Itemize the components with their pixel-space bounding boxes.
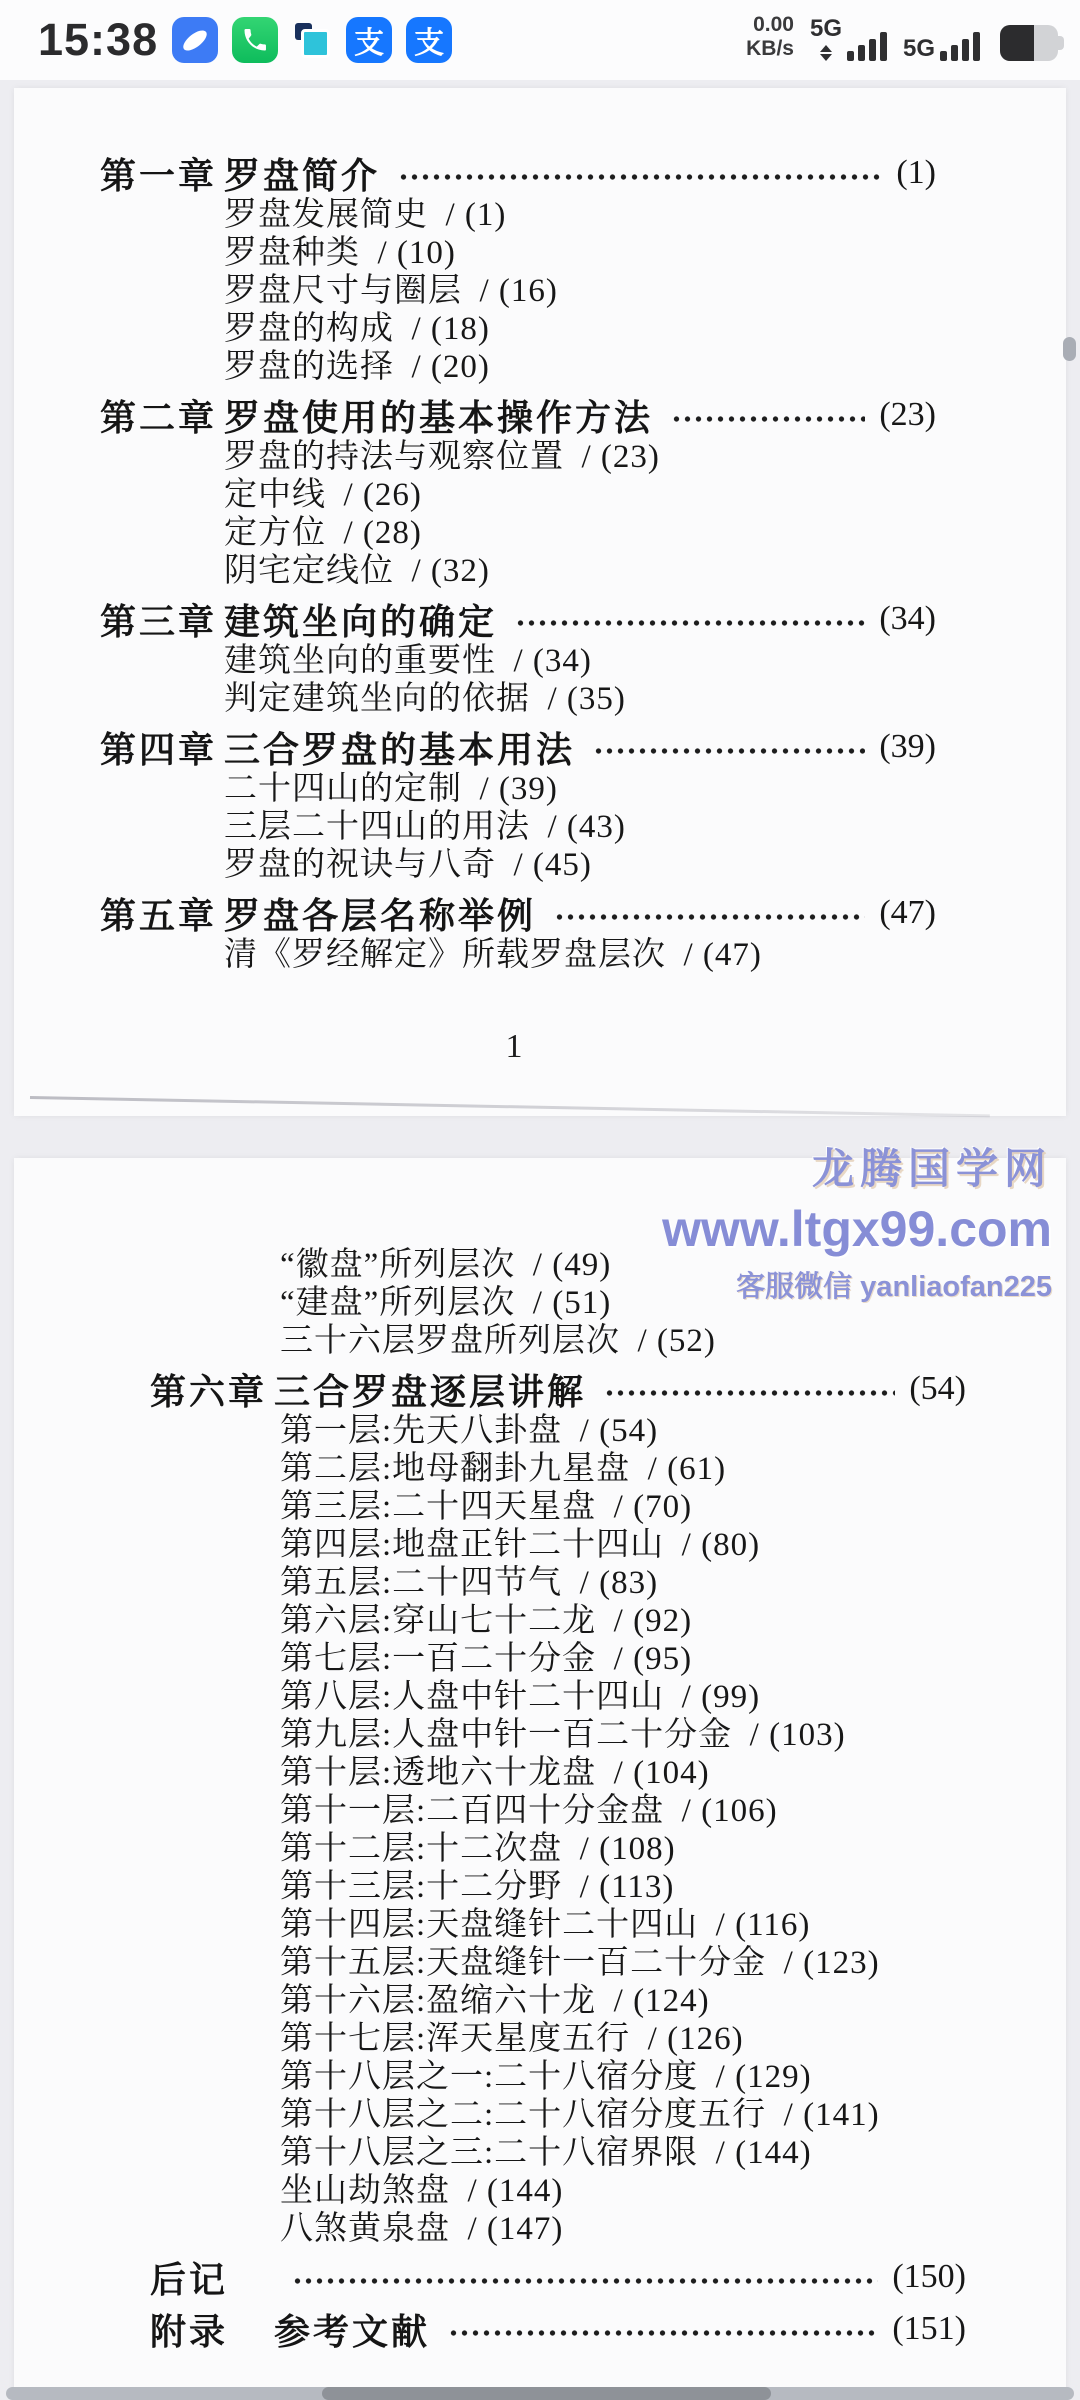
toc-chapter-row: 后记(150) [14,2254,1066,2300]
clock: 15:38 [38,14,158,66]
dot-leader [448,2306,878,2352]
progress-bar[interactable] [6,2387,1074,2400]
toc-section-item: 建筑坐向的重要性 / (34) [14,642,1066,680]
chapter-label: 第四章 [100,722,224,773]
toc-section-item: 八煞黄泉盘 / (147) [14,2210,1066,2248]
toc-section-item: 第十三层:十二分野 / (113) [14,1868,1066,1906]
toc-section-item: 第七层:一百二十分金 / (95) [14,1640,1066,1678]
toc-chapter-row: 第三章建筑坐向的确定(34) [14,596,1066,642]
status-bar-right: 0.00 KB/s 5G 5G [746,13,1080,67]
network-speed: 0.00 KB/s [746,13,794,61]
dot-leader [604,1366,895,1412]
toc-section-item: 第八层:人盘中针二十四山 / (99) [14,1678,1066,1716]
toc-chapter-row: 第六章三合罗盘逐层讲解(54) [14,1366,1066,1412]
toc-section-item: 第九层:人盘中针一百二十分金 / (103) [14,1716,1066,1754]
toc-section-item: 罗盘的持法与观察位置 / (23) [14,438,1066,476]
chapter-page-number: (47) [879,894,936,932]
toc-section-item: 判定建筑坐向的依据 / (35) [14,680,1066,718]
chapter-title: 参考文献 [274,2304,430,2355]
chapter-title: 罗盘简介 [224,148,380,199]
chapter-page-number: (54) [909,1370,966,1408]
toc-section-item: “建盘”所列层次 / (51) [14,1284,1066,1322]
toc-section-item: 坐山劫煞盘 / (144) [14,2172,1066,2210]
sim1-signal-bars-icon [847,31,887,61]
dot-leader [398,150,882,196]
status-bar-left: 15:38 支 支 [0,14,452,66]
chapter-label: 附录 [150,2304,274,2355]
dot-leader [515,596,865,642]
chapter-page-number: (1) [896,154,936,192]
sim1-network-type: 5G [810,17,842,41]
chapter-title: 建筑坐向的确定 [224,594,497,645]
toc-section-item: 第十八层之三:二十八宿界限 / (144) [14,2134,1066,2172]
toc-section-item: 三十六层罗盘所列层次 / (52) [14,1322,1066,1360]
toc-list-page2: “徽盘”所列层次 / (49)“建盘”所列层次 / (51)三十六层罗盘所列层次… [14,1158,1066,2352]
toc-section-item: 第十五层:天盘缝针一百二十分金 / (123) [14,1944,1066,1982]
toc-section-item: 二十四山的定制 / (39) [14,770,1066,808]
toc-section-item: 罗盘的构成 / (18) [14,310,1066,348]
chapter-label: 第六章 [150,1364,274,1415]
toc-section-item: 第十一层:二百四十分金盘 / (106) [14,1792,1066,1830]
progress-bar-fill [322,2387,771,2400]
toc-section-item: 三层二十四山的用法 / (43) [14,808,1066,846]
toc-section-item: 第十层:透地六十龙盘 / (104) [14,1754,1066,1792]
network-speed-unit: KB/s [746,37,794,61]
toc-section-item: “徽盘”所列层次 / (49) [14,1246,1066,1284]
chapter-page-number: (23) [879,396,936,434]
phone-icon [232,17,278,63]
miniprogram-icon [292,20,332,60]
toc-section-item: 罗盘尺寸与圈层 / (16) [14,272,1066,310]
toc-page-1: 第一章罗盘简介(1)罗盘发展简史 / (1)罗盘种类 / (10)罗盘尺寸与圈层… [14,88,1066,1116]
sim2-signal-bars-icon [940,31,980,61]
dot-leader [671,392,865,438]
toc-section-item: 第五层:二十四节气 / (83) [14,1564,1066,1602]
sim1-signal: 5G [810,17,887,61]
chapter-page-number: (34) [879,600,936,638]
chapter-title: 三合罗盘逐层讲解 [274,1364,586,1415]
toc-section-item: 第十六层:盈缩六十龙 / (124) [14,1982,1066,2020]
toc-section-item: 罗盘发展简史 / (1) [14,196,1066,234]
toc-section-item: 第十七层:浑天星度五行 / (126) [14,2020,1066,2058]
toc-chapter-row: 第四章三合罗盘的基本用法(39) [14,724,1066,770]
browser-icon [172,17,218,63]
toc-section-item: 第十四层:天盘缝针二十四山 / (116) [14,1906,1066,1944]
status-bar: 15:38 支 支 0.00 KB/s 5G [0,0,1080,80]
chapter-page-number: (150) [892,2258,966,2296]
phone-screen: 15:38 支 支 0.00 KB/s 5G [0,0,1080,2400]
toc-section-item: 第四层:地盘正针二十四山 / (80) [14,1526,1066,1564]
chapter-title: 罗盘使用的基本操作方法 [224,390,653,441]
toc-chapter-row: 第一章罗盘简介(1) [14,150,1066,196]
toc-section-item: 罗盘的选择 / (20) [14,348,1066,386]
toc-section-item: 第十八层之一:二十八宿分度 / (129) [14,2058,1066,2096]
toc-section-item: 罗盘的祝诀与八奇 / (45) [14,846,1066,884]
chapter-label: 第二章 [100,390,224,441]
toc-chapter-row: 第五章罗盘各层名称举例(47) [14,890,1066,936]
chapter-title: 罗盘各层名称举例 [224,888,536,939]
toc-section-item: 定中线 / (26) [14,476,1066,514]
dot-leader [593,724,865,770]
dot-leader [554,890,865,936]
chapter-title: 三合罗盘的基本用法 [224,722,575,773]
toc-section-item: 定方位 / (28) [14,514,1066,552]
toc-list-page1: 第一章罗盘简介(1)罗盘发展简史 / (1)罗盘种类 / (10)罗盘尺寸与圈层… [14,88,1066,974]
toc-section-item: 第三层:二十四天星盘 / (70) [14,1488,1066,1526]
toc-chapter-row: 附录参考文献(151) [14,2306,1066,2352]
sim2-network-type: 5G [903,37,935,61]
chapter-label: 第五章 [100,888,224,939]
dot-leader [292,2254,878,2300]
chapter-page-number: (39) [879,728,936,766]
chapter-label: 第三章 [100,594,224,645]
alipay-icon-2: 支 [406,17,452,63]
sim2-signal: 5G [903,31,980,61]
chapter-label: 第一章 [100,148,224,199]
data-transfer-arrows-icon [820,45,832,61]
chapter-page-number: (151) [892,2310,966,2348]
network-speed-value: 0.00 [746,13,794,37]
alipay-icon: 支 [346,17,392,63]
toc-section-item: 第六层:穿山七十二龙 / (92) [14,1602,1066,1640]
toc-section-item: 第一层:先天八卦盘 / (54) [14,1412,1066,1450]
chapter-label: 后记 [150,2252,274,2303]
document-viewer[interactable]: 第一章罗盘简介(1)罗盘发展简史 / (1)罗盘种类 / (10)罗盘尺寸与圈层… [0,80,1080,2400]
toc-section-item: 清《罗经解定》所载罗盘层次 / (47) [14,936,1066,974]
toc-section-item: 阴宅定线位 / (32) [14,552,1066,590]
toc-section-item: 第十二层:十二次盘 / (108) [14,1830,1066,1868]
toc-section-item: 罗盘种类 / (10) [14,234,1066,272]
printed-page-number: 1 [14,1028,1014,1066]
scrollbar-thumb[interactable] [1063,337,1076,361]
toc-section-item: 第十八层之二:二十八宿分度五行 / (141) [14,2096,1066,2134]
toc-section-item: 第二层:地母翻卦九星盘 / (61) [14,1450,1066,1488]
toc-chapter-row: 第二章罗盘使用的基本操作方法(23) [14,392,1066,438]
battery-icon [1000,25,1064,61]
toc-page-2: “徽盘”所列层次 / (49)“建盘”所列层次 / (51)三十六层罗盘所列层次… [14,1158,1066,2400]
